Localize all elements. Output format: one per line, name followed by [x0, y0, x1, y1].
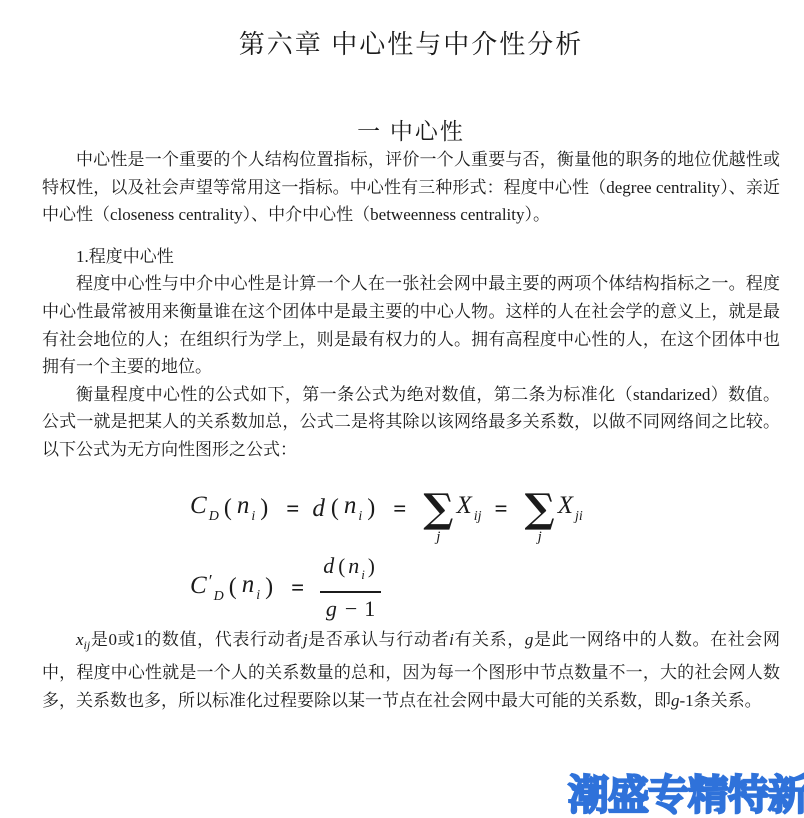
- math-term-ni: ni: [242, 571, 260, 604]
- watermark-text: 潮盛专精特新: [568, 762, 804, 818]
- formula-standardized-degree-centrality: C′D ( ni ) = d(ni) g−1: [190, 550, 780, 626]
- paragraph-degree-centrality: 程度中心性与中介中心性是计算一个人在一张社会网中最主要的两项个体结构指标之一。程…: [42, 270, 780, 380]
- fraction-denominator: g−1: [320, 591, 381, 625]
- paragraph-formula-explanation: xij是0或1的数值，代表行动者j是否承认与行动者i有关系，g是此一网络中的人数…: [42, 626, 780, 715]
- math-term-Xji: Xji: [558, 492, 583, 525]
- paragraph-formula-intro: 衡量程度中心性的公式如下，第一条公式为绝对数值，第二条为标准化（standari…: [42, 381, 780, 464]
- summation-over-j: ∑j: [423, 491, 453, 545]
- var-g: g: [671, 691, 680, 710]
- summation-over-j: ∑j: [525, 491, 555, 545]
- equals-sign: =: [286, 496, 299, 522]
- var-x: x: [76, 630, 84, 649]
- math-term-Xij: Xij: [456, 492, 481, 525]
- paragraph-centrality-intro: 中心性是一个重要的个人结构位置指标，评价一个人重要与否，衡量他的职务的地位优越性…: [42, 146, 780, 229]
- fraction: d(ni) g−1: [317, 550, 384, 625]
- math-term-C-prime-D: C′D: [190, 571, 224, 605]
- document-body: 第六章 中心性与中介性分析 一 中心性 中心性是一个重要的个人结构位置指标，评价…: [42, 28, 780, 714]
- prime-symbol: ′: [209, 571, 213, 591]
- math-term-d: d: [312, 495, 326, 523]
- formula-degree-centrality: CD ( ni ) = d ( ni ) = ∑j Xij = ∑j Xji: [190, 480, 780, 538]
- math-term-ni: ni: [344, 492, 362, 525]
- subsection-title-degree-centrality: 1.程度中心性: [42, 243, 780, 271]
- sigma-symbol: ∑: [525, 491, 555, 527]
- section-title: 一 中心性: [42, 118, 780, 146]
- equals-sign: =: [495, 496, 508, 522]
- sigma-symbol: ∑: [423, 491, 453, 527]
- document-page: 第六章 中心性与中介性分析 一 中心性 中心性是一个重要的个人结构位置指标，评价…: [0, 0, 804, 818]
- math-term-CD: CD: [190, 492, 219, 525]
- minus-sign: −: [345, 593, 357, 625]
- chapter-title: 第六章 中心性与中介性分析: [42, 28, 780, 62]
- math-term-ni: ni: [237, 492, 255, 525]
- equals-sign: =: [291, 575, 304, 601]
- equals-sign: =: [393, 496, 406, 522]
- fraction-numerator: d(ni): [317, 550, 384, 591]
